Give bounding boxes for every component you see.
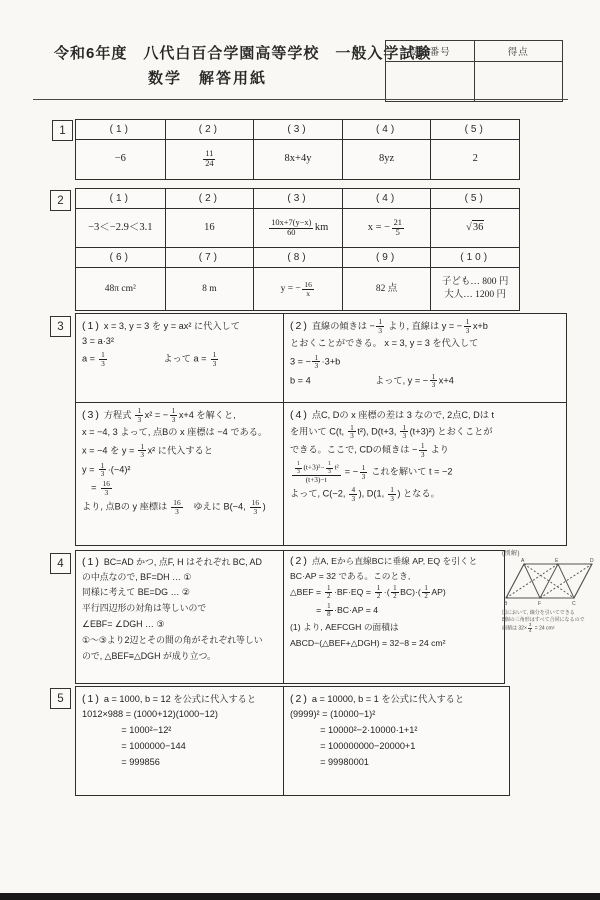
answer-header-cell: (4) — [342, 189, 431, 208]
solution-line: ∠EBF= ∠DGH … ③ — [82, 618, 277, 631]
solution-box-5: (1)a = 1000, b = 12 を公式に代入すると 1012×988 =… — [75, 686, 510, 796]
solution-lines: を用いて C(t, 13t²), D(t+3, 13(t+3)²) とおくことが… — [290, 424, 560, 503]
solution-line: の中点なので, BF=DH … ① — [82, 571, 277, 584]
solution-part-3-2: (2)直線の傾きは −13 より, 直線は y = −13x+b とおくことがで… — [284, 314, 566, 403]
solution-line: = 999856 — [82, 756, 277, 770]
solution-line: 点A, Eから直線BCに垂線 AP, EQ を引くと — [312, 556, 477, 566]
solution-line: 1012×988 = (1000+12)(1000−12) — [82, 708, 277, 722]
vertex-label: B — [504, 601, 508, 606]
problem-number-1: 1 — [52, 120, 73, 141]
solution-line: △BEF = 12·BF·EQ = 12·(12BC)·(12AP) — [290, 585, 498, 601]
answer-value-cell: 16 — [165, 209, 254, 247]
answer-value-cell: 48π cm² — [76, 268, 165, 310]
solution-lines: とおくことができる。 x = 3, y = 3 を代入して3 = −13·3+b… — [290, 337, 560, 389]
solution-part-3-4: (4)点C, Dの x 座標の差は 3 なので, 2点C, Dは t を用いて … — [284, 403, 566, 545]
solution-line: y = 13·(−4)² — [82, 462, 277, 478]
answer-header-row: (1)(2)(3)(4)(5) — [76, 189, 519, 208]
solution-line: = 10000²−2·10000·1+1² — [290, 724, 503, 738]
caption-line: 面積は 32×34 = 24 cm² — [502, 623, 598, 633]
answer-value-cell: 子ども… 800 円大人… 1200 円 — [430, 268, 519, 310]
answer-table-2: (1)(2)(3)(4)(5) −3＜−2.9＜3.11610x+7(y−x)6… — [75, 188, 520, 311]
answer-header-row: (6)(7)(8)(9)(10) — [76, 247, 519, 267]
solution-line: とおくことができる。 x = 3, y = 3 を代入して — [290, 337, 560, 351]
solution-line: = 163 — [82, 480, 277, 496]
solution-line: x = 3, y = 3 を y = ax² に代入して — [104, 321, 240, 331]
solution-line: x = −4 を y = 13x² に代入すると — [82, 443, 277, 459]
header-divider — [33, 99, 568, 100]
problem-number-3: 3 — [50, 316, 71, 337]
vertex-label: E — [555, 558, 559, 564]
answer-value-cell: 10x+7(y−x)60 km — [253, 209, 342, 247]
solution-lines: (9999)² = (10000−1)² = 10000²−2·10000·1+… — [290, 708, 503, 771]
solution-line: a = 1000, b = 12 を公式に代入すると — [104, 694, 256, 704]
solution-line: できる。ここで, CDの傾きは −13 より — [290, 442, 560, 458]
solution-line: 直線の傾きは −13 より, 直線は y = −13x+b — [312, 321, 488, 331]
scan-edge-artifact — [0, 893, 600, 900]
answer-header-cell: (9) — [342, 248, 431, 267]
answer-header-cell: (3) — [253, 189, 342, 208]
score-column: 得点 — [474, 41, 563, 101]
answer-value-row: −611248x+4y8yz2 — [76, 139, 519, 179]
solution-lines: 1012×988 = (1000+12)(1000−12) = 1000²−12… — [82, 708, 277, 771]
solution-lines: の中点なので, BF=DH … ①同様に考えて BE=DG … ②平行四辺形の対… — [82, 571, 277, 664]
answer-header-cell: (5) — [430, 189, 519, 208]
solution-part-4-2: (2)点A, Eから直線BCに垂線 AP, EQ を引くと BC·AP = 32… — [284, 551, 504, 683]
solution-lines: x = −4, 3 よって, 点Bの x 座標は −4 である。x = −4 を… — [82, 426, 277, 516]
solution-part-3-3: (3)方程式 13x² = −13x+4 を解くと, x = −4, 3 よって… — [76, 403, 284, 545]
solution-line: = 18·BC·AP = 4 — [290, 603, 498, 619]
solution-line: BC·AP = 32 である。このとき, — [290, 570, 498, 583]
answer-header-cell: (1) — [76, 120, 165, 139]
part-label: (3) — [82, 409, 101, 421]
solution-lines: 3 = a·3²a = 13 よって a = 13 — [82, 335, 277, 368]
answer-value-row: 48π cm²8 my = −16x82 点子ども… 800 円大人… 1200… — [76, 267, 519, 310]
answer-header-row: (1)(2)(3)(4)(5) — [76, 120, 519, 139]
solution-box-3: (1)x = 3, y = 3 を y = ax² に代入して 3 = a·3²… — [75, 313, 567, 546]
problem-number-5: 5 — [50, 688, 71, 709]
solution-line: a = 10000, b = 1 を公式に代入すると — [312, 694, 464, 704]
exam-title: 令和6年度 八代白百合学園高等学校 一般入学試験 — [54, 42, 431, 63]
solution-line: 同様に考えて BE=DG … ② — [82, 586, 277, 599]
exam-number-field[interactable] — [386, 62, 474, 101]
solution-line: (9999)² = (10000−1)² — [290, 708, 503, 722]
solution-line: = 99980001 — [290, 756, 503, 770]
part-label: (2) — [290, 320, 309, 332]
part-label: (1) — [82, 556, 101, 568]
answer-header-cell: (2) — [165, 189, 254, 208]
solution-line: ABCD−(△BEF+△DGH) = 32−8 = 24 cm² — [290, 637, 498, 650]
solution-line: よって, C(−2, 43), D(1, 13) となる。 — [290, 486, 560, 502]
solution-line: = 1000000−144 — [82, 740, 277, 754]
solution-line: 13(t+3)²−13t²(t+3)−t = −13 これを解いて t = −2 — [290, 461, 560, 483]
exam-number-column: 受験番号 — [386, 41, 474, 101]
solution-line: = 100000000−20000+1 — [290, 740, 503, 754]
solution-line: 3 = a·3² — [82, 335, 277, 349]
answer-value-cell: −6 — [76, 140, 165, 179]
answer-value-cell: 8yz — [342, 140, 431, 179]
solution-line: (1) より, AEFCGH の面積は — [290, 621, 498, 634]
vertex-label: D — [590, 558, 594, 564]
score-label: 得点 — [475, 41, 563, 62]
solution-line: 3 = −13·3+b — [290, 354, 560, 370]
solution-line: b = 4 よって, y = −13x+4 — [290, 373, 560, 389]
answer-header-cell: (8) — [253, 248, 342, 267]
solution-line: = 1000²−12² — [82, 724, 277, 738]
solution-part-4-1: (1)BC=AD かつ, 点F, H はそれぞれ BC, AD の中点なので, … — [76, 551, 284, 683]
answer-value-cell: x = −215 — [342, 209, 431, 247]
solution-box-4: (1)BC=AD かつ, 点F, H はそれぞれ BC, AD の中点なので, … — [75, 550, 505, 684]
answer-header-cell: (1) — [76, 189, 165, 208]
answer-header-cell: (3) — [253, 120, 342, 139]
answer-header-cell: (6) — [76, 248, 165, 267]
answer-value-cell: 2 — [430, 140, 519, 179]
answer-value-cell: 8x+4y — [253, 140, 342, 179]
solution-part-5-1: (1)a = 1000, b = 12 を公式に代入すると 1012×988 =… — [76, 687, 284, 795]
solution-line: ①～③より2辺とその間の角がそれぞれ等しい — [82, 634, 277, 647]
part-label: (4) — [290, 409, 309, 421]
alternate-solution-caption: 図において, 線分を引いてできる8個の三角形はすべて合同になるので面積は 32×… — [502, 610, 598, 633]
answer-header-cell: (2) — [165, 120, 254, 139]
solution-lines: BC·AP = 32 である。このとき,△BEF = 12·BF·EQ = 12… — [290, 570, 498, 650]
answer-value-cell: 82 点 — [342, 268, 431, 310]
answer-header-cell: (5) — [430, 120, 519, 139]
problem-number-2: 2 — [50, 190, 71, 211]
answer-value-cell: y = −16x — [253, 268, 342, 310]
vertex-label: A — [521, 558, 525, 564]
vertex-label: F — [538, 601, 541, 606]
problem-number-4: 4 — [50, 553, 71, 574]
solution-line: 点C, Dの x 座標の差は 3 なので, 2点C, Dは t — [312, 410, 494, 420]
answer-value-cell: √36 — [430, 209, 519, 247]
vertex-label: C — [572, 601, 576, 606]
solution-line: 平行四辺形の対角は等しいので — [82, 602, 277, 615]
solution-line: より, 点Bの y 座標は 163 ゆえに B(−4, 163) — [82, 499, 277, 515]
solution-line: を用いて C(t, 13t²), D(t+3, 13(t+3)²) とおくことが — [290, 424, 560, 440]
solution-line: x = −4, 3 よって, 点Bの x 座標は −4 である。 — [82, 426, 277, 440]
solution-line: a = 13 よって a = 13 — [82, 351, 277, 367]
exam-number-label: 受験番号 — [386, 41, 474, 62]
part-label: (1) — [82, 693, 101, 705]
answer-value-cell: 8 m — [165, 268, 254, 310]
score-box: 受験番号 得点 — [385, 40, 563, 102]
solution-line: BC=AD かつ, 点F, H はそれぞれ BC, AD — [104, 557, 262, 567]
answer-header-cell: (4) — [342, 120, 431, 139]
solution-line: 方程式 13x² = −13x+4 を解くと, — [104, 410, 236, 420]
part-label: (2) — [290, 555, 309, 567]
answer-header-cell: (10) — [430, 248, 519, 267]
sheet-subtitle: 数学 解答用紙 — [148, 67, 267, 88]
solution-part-5-2: (2)a = 10000, b = 1 を公式に代入すると (9999)² = … — [284, 687, 509, 795]
parallelogram-diagram: A E D B F C — [504, 556, 598, 606]
answer-value-cell: −3＜−2.9＜3.1 — [76, 209, 165, 247]
answer-value-row: −3＜−2.9＜3.11610x+7(y−x)60 kmx = −215√36 — [76, 208, 519, 247]
answer-header-cell: (7) — [165, 248, 254, 267]
solution-part-3-1: (1)x = 3, y = 3 を y = ax² に代入して 3 = a·3²… — [76, 314, 284, 403]
part-label: (2) — [290, 693, 309, 705]
score-field[interactable] — [475, 62, 563, 101]
solution-line: ので, △BEF≡△DGH が成り立つ。 — [82, 650, 277, 663]
answer-table-1: (1)(2)(3)(4)(5) −611248x+4y8yz2 — [75, 119, 520, 180]
part-label: (1) — [82, 320, 101, 332]
answer-value-cell: 1124 — [165, 140, 254, 179]
